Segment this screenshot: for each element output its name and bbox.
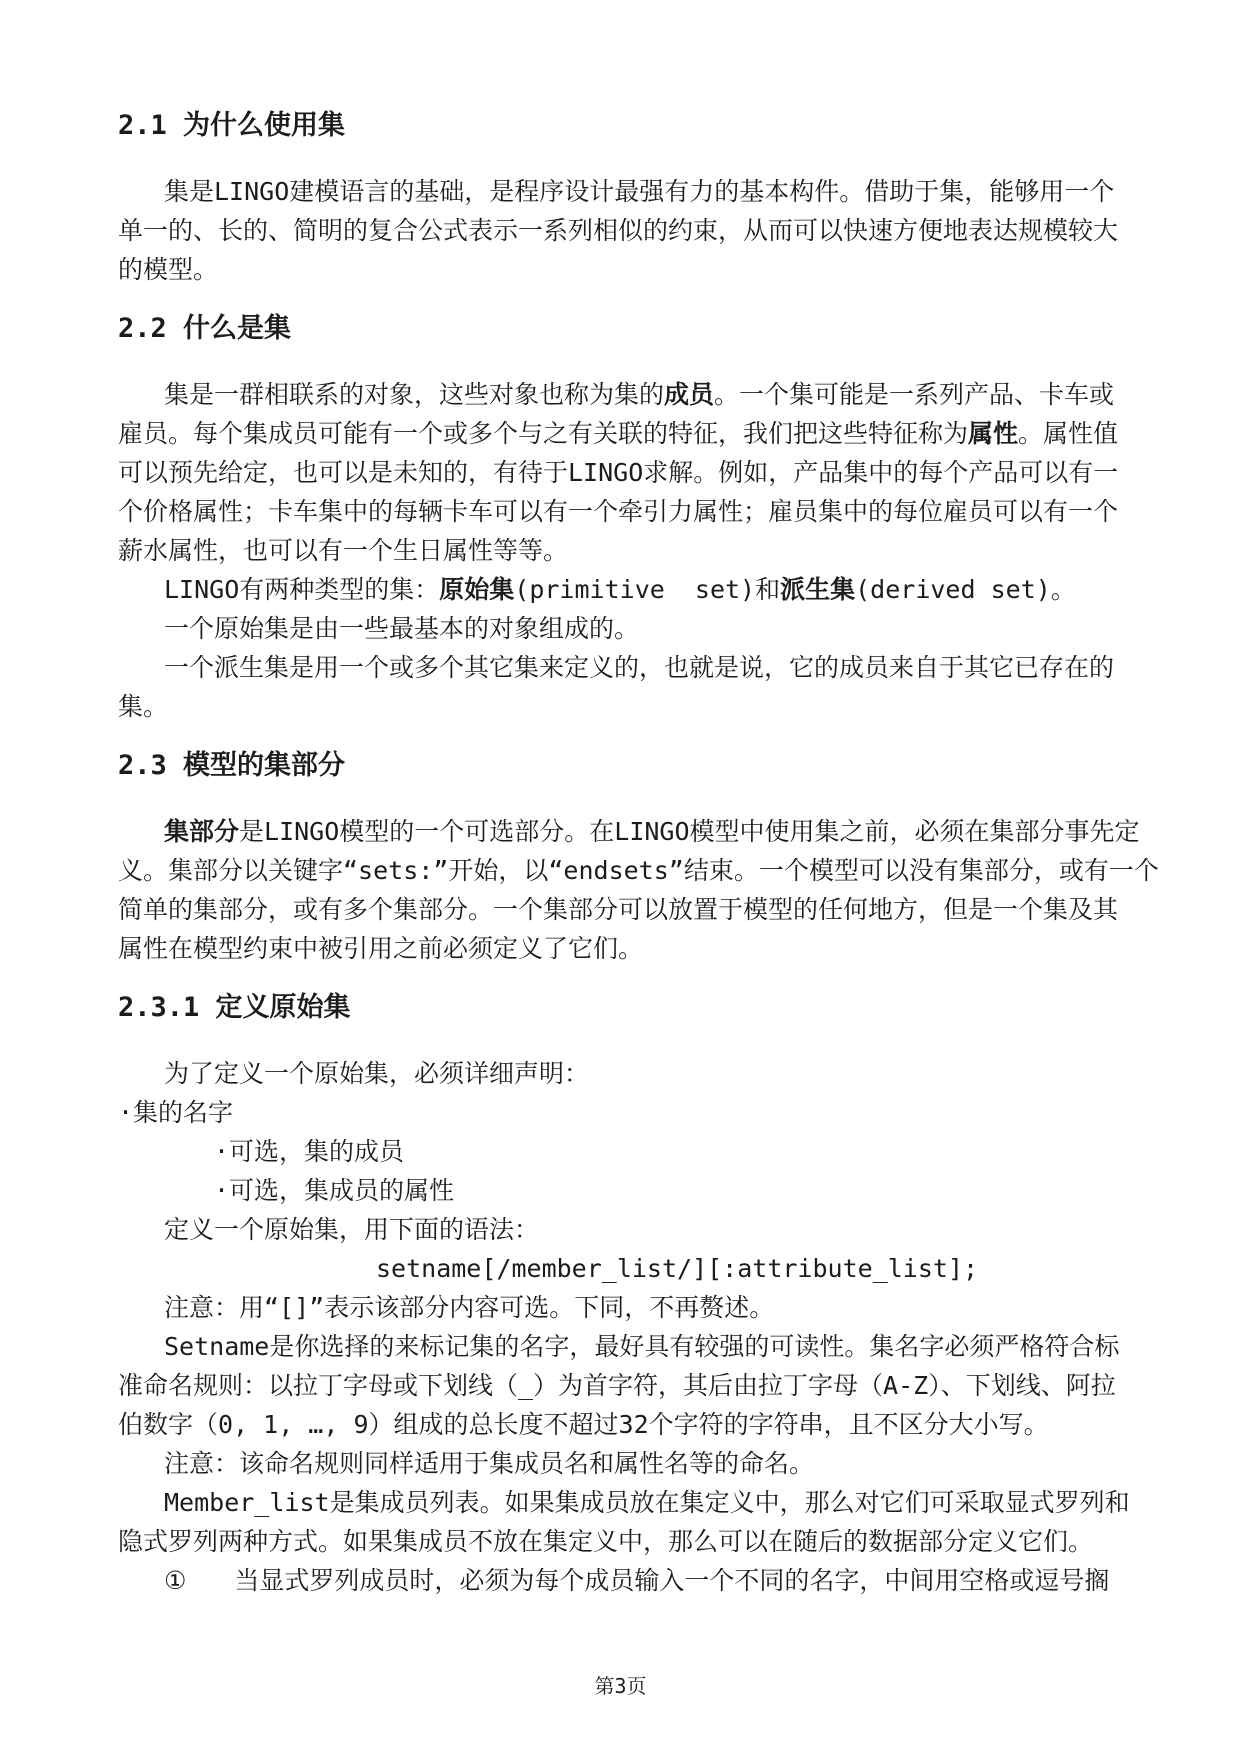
text-segment: 为了定义一个原始集，必须详细声明： bbox=[164, 1059, 589, 1088]
text-segment: 集是LINGO建模语言的基础，是程序设计最强有力的基本构件。借助于集，能够用一个 bbox=[164, 177, 1114, 206]
text-segment: 雇员。每个集成员可能有一个或多个与之有关联的特征，我们把这些特征称为 bbox=[118, 419, 968, 448]
text-segment: 义。集部分以关键字“sets:”开始，以“endsets”结束。一个模型可以没有… bbox=[118, 856, 1159, 885]
text-segment: 可以预先给定，也可以是未知的，有待于LINGO求解。例如，产品集中的每个产品可以… bbox=[118, 458, 1118, 487]
text-segment: 一个原始集是由一些最基本的对象组成的。 bbox=[164, 614, 639, 643]
text-line: 定义一个原始集，用下面的语法： bbox=[118, 1210, 1130, 1249]
text-segment: 集部分 bbox=[164, 817, 239, 846]
text-line: Setname是你选择的来标记集的名字，最好具有较强的可读性。集名字必须严格符合… bbox=[118, 1327, 1130, 1366]
section-heading: 2.1 为什么使用集 bbox=[118, 104, 1130, 148]
text-line: 属性在模型约束中被引用之前必须定义了它们。 bbox=[118, 929, 1130, 968]
text-line: setname[/member_list/][:attribute_list]; bbox=[118, 1249, 1130, 1288]
text-segment: (derived set)。 bbox=[855, 575, 1076, 604]
text-line: Member_list是集成员列表。如果集成员放在集定义中，那么对它们可采取显式… bbox=[118, 1483, 1130, 1522]
page-number: 第3页 bbox=[0, 1671, 1241, 1701]
section-heading: 2.3.1 定义原始集 bbox=[118, 986, 1130, 1030]
text-segment: 注意：用“[]”表示该部分内容可选。下同，不再赘述。 bbox=[164, 1293, 774, 1322]
text-line: 单一的、长的、简明的复合公式表示一系列相似的约束，从而可以快速方便地表达规模较大 bbox=[118, 211, 1130, 250]
text-line: 隐式罗列两种方式。如果集成员不放在集定义中，那么可以在随后的数据部分定义它们。 bbox=[118, 1522, 1130, 1561]
text-line: 可以预先给定，也可以是未知的，有待于LINGO求解。例如，产品集中的每个产品可以… bbox=[118, 453, 1130, 492]
text-segment: 原始集 bbox=[439, 575, 514, 604]
text-segment: 薪水属性，也可以有一个生日属性等等。 bbox=[118, 536, 568, 565]
text-segment: 。一个集可能是一系列产品、卡车或 bbox=[714, 380, 1114, 409]
text-segment: 。属性值 bbox=[1018, 419, 1118, 448]
text-line: 准命名规则：以拉丁字母或下划线（_）为首字符，其后由拉丁字母（A-Z）、下划线、… bbox=[118, 1366, 1130, 1405]
text-segment: Setname是你选择的来标记集的名字，最好具有较强的可读性。集名字必须严格符合… bbox=[164, 1332, 1119, 1361]
text-segment: 的模型。 bbox=[118, 255, 218, 284]
text-line: 为了定义一个原始集，必须详细声明： bbox=[118, 1054, 1130, 1093]
document-content: 2.1 为什么使用集集是LINGO建模语言的基础，是程序设计最强有力的基本构件。… bbox=[118, 104, 1130, 1600]
text-segment: 注意：该命名规则同样适用于集成员名和属性名等的命名。 bbox=[164, 1449, 814, 1478]
text-line: 集是LINGO建模语言的基础，是程序设计最强有力的基本构件。借助于集，能够用一个 bbox=[118, 172, 1130, 211]
text-segment: 当显式罗列成员时，必须为每个成员输入一个不同的名字，中间用空格或逗号搁 bbox=[234, 1566, 1109, 1595]
text-line: ·可选，集的成员 bbox=[118, 1132, 1130, 1171]
text-segment: Member_list是集成员列表。如果集成员放在集定义中，那么对它们可采取显式… bbox=[164, 1488, 1130, 1517]
text-segment: ·可选，集的成员 bbox=[214, 1137, 404, 1166]
text-line: 集。 bbox=[118, 687, 1130, 726]
text-segment: 伯数字（0, 1, …, 9）组成的总长度不超过32个字符的字符串，且不区分大小… bbox=[118, 1410, 1049, 1439]
text-segment: ·集的名字 bbox=[118, 1098, 233, 1127]
text-segment: setname[/member_list/][:attribute_list]; bbox=[376, 1254, 978, 1283]
text-line: 注意：用“[]”表示该部分内容可选。下同，不再赘述。 bbox=[118, 1288, 1130, 1327]
text-segment: 是LINGO模型的一个可选部分。在LINGO模型中使用集之前，必须在集部分事先定 bbox=[239, 817, 1140, 846]
text-segment: 单一的、长的、简明的复合公式表示一系列相似的约束，从而可以快速方便地表达规模较大 bbox=[118, 216, 1118, 245]
text-line: 注意：该命名规则同样适用于集成员名和属性名等的命名。 bbox=[118, 1444, 1130, 1483]
text-segment: 个价格属性；卡车集中的每辆卡车可以有一个牵引力属性；雇员集中的每位雇员可以有一个 bbox=[118, 497, 1118, 526]
section-heading: 2.2 什么是集 bbox=[118, 307, 1130, 351]
text-line: LINGO有两种类型的集：原始集(primitive set)和派生集(deri… bbox=[118, 570, 1130, 609]
text-line: 一个原始集是由一些最基本的对象组成的。 bbox=[118, 609, 1130, 648]
text-segment: ① bbox=[164, 1566, 186, 1595]
text-segment: 一个派生集是用一个或多个其它集来定义的，也就是说，它的成员来自于其它已存在的 bbox=[164, 653, 1114, 682]
text-segment: LINGO有两种类型的集： bbox=[164, 575, 439, 604]
text-line: ·可选，集成员的属性 bbox=[118, 1171, 1130, 1210]
text-line: 伯数字（0, 1, …, 9）组成的总长度不超过32个字符的字符串，且不区分大小… bbox=[118, 1405, 1130, 1444]
section-heading: 2.3 模型的集部分 bbox=[118, 744, 1130, 788]
text-segment: 准命名规则：以拉丁字母或下划线（_）为首字符，其后由拉丁字母（A-Z）、下划线、… bbox=[118, 1371, 1116, 1400]
text-line: 薪水属性，也可以有一个生日属性等等。 bbox=[118, 531, 1130, 570]
text-segment: 简单的集部分，或有多个集部分。一个集部分可以放置于模型的任何地方，但是一个集及其 bbox=[118, 895, 1118, 924]
text-line: 简单的集部分，或有多个集部分。一个集部分可以放置于模型的任何地方，但是一个集及其 bbox=[118, 890, 1130, 929]
text-line: 雇员。每个集成员可能有一个或多个与之有关联的特征，我们把这些特征称为属性。属性值 bbox=[118, 414, 1130, 453]
text-segment: 集。 bbox=[118, 692, 168, 721]
text-segment: 成员 bbox=[664, 380, 714, 409]
text-segment: 属性 bbox=[968, 419, 1018, 448]
text-segment: 定义一个原始集，用下面的语法： bbox=[164, 1215, 539, 1244]
text-line: 一个派生集是用一个或多个其它集来定义的，也就是说，它的成员来自于其它已存在的 bbox=[118, 648, 1130, 687]
text-line: 集是一群相联系的对象，这些对象也称为集的成员。一个集可能是一系列产品、卡车或 bbox=[118, 375, 1130, 414]
text-segment: 属性在模型约束中被引用之前必须定义了它们。 bbox=[118, 934, 643, 963]
text-line: 义。集部分以关键字“sets:”开始，以“endsets”结束。一个模型可以没有… bbox=[118, 851, 1130, 890]
text-line: 个价格属性；卡车集中的每辆卡车可以有一个牵引力属性；雇员集中的每位雇员可以有一个 bbox=[118, 492, 1130, 531]
text-line: ·集的名字 bbox=[118, 1093, 1130, 1132]
text-line: ①当显式罗列成员时，必须为每个成员输入一个不同的名字，中间用空格或逗号搁 bbox=[118, 1561, 1130, 1600]
text-line: 的模型。 bbox=[118, 250, 1130, 289]
text-line: 集部分是LINGO模型的一个可选部分。在LINGO模型中使用集之前，必须在集部分… bbox=[118, 812, 1130, 851]
text-segment: 隐式罗列两种方式。如果集成员不放在集定义中，那么可以在随后的数据部分定义它们。 bbox=[118, 1527, 1093, 1556]
text-segment: (primitive set)和 bbox=[514, 575, 780, 604]
text-segment: 集是一群相联系的对象，这些对象也称为集的 bbox=[164, 380, 664, 409]
text-segment: 派生集 bbox=[780, 575, 855, 604]
document-page: 2.1 为什么使用集集是LINGO建模语言的基础，是程序设计最强有力的基本构件。… bbox=[0, 0, 1241, 1754]
text-segment: ·可选，集成员的属性 bbox=[214, 1176, 454, 1205]
